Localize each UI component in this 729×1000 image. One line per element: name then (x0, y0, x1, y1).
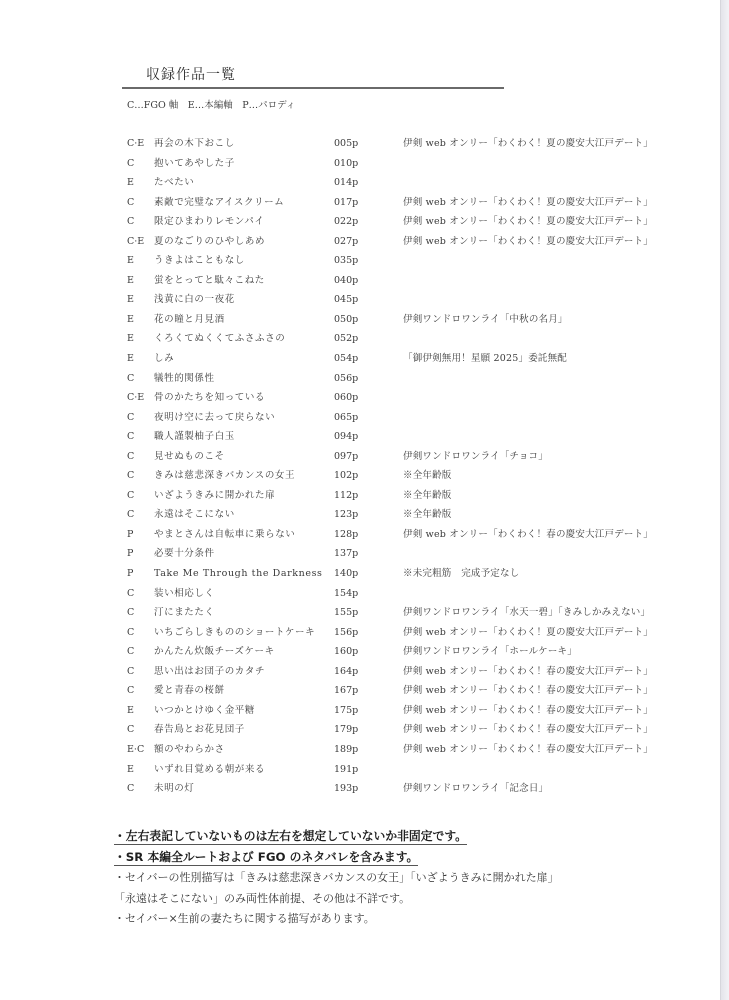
table-row: Pやまとさんは自転車に乗らない128p伊剣 web オンリー「わくわく！春の慶安… (127, 525, 687, 545)
work-category: C (127, 505, 134, 525)
work-category: C (127, 154, 134, 174)
work-page: 140p (334, 564, 358, 584)
work-category: C (127, 623, 134, 643)
table-row: C限定ひまわりレモンパイ022p伊剣 web オンリー「わくわく！夏の慶安大江戸… (127, 212, 687, 232)
work-note: ※全年齢版 (403, 486, 452, 506)
work-category: C (127, 779, 134, 799)
work-title: いちごらしきもののショートケーキ (154, 623, 315, 643)
notes-section: ・左右表記していないものは左右を想定していないか非固定です。 ・SR 本編全ルー… (114, 826, 559, 930)
table-row: Cかんたん炊飯チーズケーキ160p伊剣ワンドロワンライ「ホールケーキ」 (127, 642, 687, 662)
work-note: 伊剣ワンドロワンライ「チョコ」 (403, 447, 548, 467)
work-title: 永遠はそこにない (154, 505, 235, 525)
work-title: いざようきみに開かれた扉 (154, 486, 275, 506)
work-page: 137p (334, 544, 358, 564)
work-title: 限定ひまわりレモンパイ (154, 212, 264, 232)
work-title: 夜明け空に去って戻らない (154, 408, 275, 428)
work-category: E (127, 251, 134, 271)
table-row: C抱いてあやした子010p (127, 154, 687, 174)
work-note: 伊剣 web オンリー「わくわく！春の慶安大江戸デート」 (403, 681, 653, 701)
table-row: C春告鳥とお花見団子179p伊剣 web オンリー「わくわく！春の慶安大江戸デー… (127, 720, 687, 740)
table-row: C装い相応しく154p (127, 584, 687, 604)
table-row: C未明の灯193p伊剣ワンドロワンライ「記念日」 (127, 779, 687, 799)
work-category: C (127, 466, 134, 486)
work-title: うきよはこともなし (154, 251, 245, 271)
work-page: 155p (334, 603, 358, 623)
work-page: 175p (334, 701, 358, 721)
work-title: 未明の灯 (154, 779, 194, 799)
work-category: C (127, 408, 134, 428)
work-page: 060p (334, 388, 358, 408)
work-category: C (127, 369, 134, 389)
work-category: C·E (127, 134, 144, 154)
title-divider (122, 87, 504, 89)
category-legend: C…FGO 軸 E…本編軸 P…パロディ (127, 97, 295, 111)
table-row: P必要十分条件137p (127, 544, 687, 564)
work-title: 再会の木下おこし (154, 134, 235, 154)
work-page: 050p (334, 310, 358, 330)
work-note: ※未完粗筋 完成予定なし (403, 564, 519, 584)
work-page: 094p (334, 427, 358, 447)
work-category: C (127, 193, 134, 213)
table-row: Eうきよはこともなし035p (127, 251, 687, 271)
work-category: C·E (127, 388, 144, 408)
work-note: 伊剣 web オンリー「わくわく！春の慶安大江戸デート」 (403, 701, 653, 721)
work-title: やまとさんは自転車に乗らない (154, 525, 295, 545)
work-page: 052p (334, 329, 358, 349)
work-title: 春告鳥とお花見団子 (154, 720, 245, 740)
work-category: E (127, 349, 134, 369)
note-text: ・左右表記していないものは左右を想定していないか非固定です。 (114, 829, 467, 845)
work-category: E (127, 701, 134, 721)
work-category: C (127, 681, 134, 701)
work-title: 骨のかたちを知っている (154, 388, 265, 408)
work-title: 浅黄に白の一夜花 (154, 290, 235, 310)
work-page: 128p (334, 525, 358, 545)
work-page: 027p (334, 232, 358, 252)
work-page: 010p (334, 154, 358, 174)
work-page: 097p (334, 447, 358, 467)
table-row: C·E再会の木下おこし005p伊剣 web オンリー「わくわく！夏の慶安大江戸デ… (127, 134, 687, 154)
work-note: 伊剣 web オンリー「わくわく！春の慶安大江戸デート」 (403, 720, 653, 740)
work-page: 112p (334, 486, 358, 506)
work-page: 164p (334, 662, 358, 682)
table-row: C愛と青春の桜餅167p伊剣 web オンリー「わくわく！春の慶安大江戸デート」 (127, 681, 687, 701)
work-page: 179p (334, 720, 358, 740)
work-page: 156p (334, 623, 358, 643)
work-note: 「御伊剣無用！星願 2025」委託無配 (403, 349, 567, 369)
work-category: E (127, 290, 134, 310)
work-category: C (127, 584, 134, 604)
work-page: 014p (334, 173, 358, 193)
work-title: 素敵で完璧なアイスクリーム (154, 193, 284, 213)
note-plain: ・セイバー×生前の妻たちに関する描写があります。 (114, 909, 559, 930)
work-category: E (127, 760, 134, 780)
work-title: いつかとけゆく金平糖 (154, 701, 255, 721)
table-row: Cいざようきみに開かれた扉112p※全年齢版 (127, 486, 687, 506)
work-category: P (127, 564, 133, 584)
table-row: E蛍をとってと駄々こねた040p (127, 271, 687, 291)
work-category: E (127, 329, 134, 349)
work-category: P (127, 544, 133, 564)
work-category: E (127, 271, 134, 291)
work-page: 065p (334, 408, 358, 428)
work-category: P (127, 525, 133, 545)
work-title: 思い出はお団子のカタチ (154, 662, 265, 682)
work-title: 職人謹製柚子白玉 (154, 427, 235, 447)
work-note: 伊剣ワンドロワンライ「記念日」 (403, 779, 548, 799)
page-title: 収録作品一覧 (146, 64, 236, 84)
note-plain: 「永遠はそこにない」のみ両性体前提、その他は不詳です。 (114, 889, 559, 910)
work-page: 005p (334, 134, 358, 154)
table-row: E·C額のやわらかさ189p伊剣 web オンリー「わくわく！春の慶安大江戸デー… (127, 740, 687, 760)
work-title: 夏のなごりのひやしあめ (154, 232, 265, 252)
work-category: E·C (127, 740, 144, 760)
work-title: かんたん炊飯チーズケーキ (154, 642, 275, 662)
work-note: 伊剣ワンドロワンライ「ホールケーキ」 (403, 642, 577, 662)
work-page: 022p (334, 212, 358, 232)
table-row: Eたべたい014p (127, 173, 687, 193)
work-category: E (127, 173, 134, 193)
note-text: ・SR 本編全ルートおよび FGO のネタバレを含みます。 (114, 850, 418, 866)
table-row: E花の瞳と月見酒050p伊剣ワンドロワンライ「中秋の名月」 (127, 310, 687, 330)
table-row: C汀にまたたく155p伊剣ワンドロワンライ「水天一碧」「きみしかみえない」 (127, 603, 687, 623)
note-plain: ・セイバーの性別描写は「きみは慈悲深きバカンスの女王」「いざようきみに開かれた扉… (114, 868, 559, 889)
work-page: 045p (334, 290, 358, 310)
work-page: 160p (334, 642, 358, 662)
work-title: 犠牲的関係性 (154, 369, 215, 389)
work-title: 額のやわらかさ (154, 740, 225, 760)
work-category: C (127, 212, 134, 232)
work-note: 伊剣 web オンリー「わくわく！春の慶安大江戸デート」 (403, 525, 653, 545)
work-title: 抱いてあやした子 (154, 154, 235, 174)
work-category: C (127, 720, 134, 740)
work-title: 必要十分条件 (154, 544, 215, 564)
work-title: 装い相応しく (154, 584, 215, 604)
work-title: いずれ目覚める朝が来る (154, 760, 265, 780)
table-row: E浅黄に白の一夜花045p (127, 290, 687, 310)
work-page: 056p (334, 369, 358, 389)
work-title: くろくてぬくくてふさふさの (154, 329, 285, 349)
work-title: 蛍をとってと駄々こねた (154, 271, 265, 291)
work-title: 汀にまたたく (154, 603, 215, 623)
work-title: 愛と青春の桜餅 (154, 681, 225, 701)
work-category: C (127, 603, 134, 623)
page-edge (720, 0, 729, 1000)
table-row: C見せぬものこそ097p伊剣ワンドロワンライ「チョコ」 (127, 447, 687, 467)
table-row: Eくろくてぬくくてふさふさの052p (127, 329, 687, 349)
work-category: C (127, 447, 134, 467)
table-row: Eいつかとけゆく金平糖175p伊剣 web オンリー「わくわく！春の慶安大江戸デ… (127, 701, 687, 721)
work-note: ※全年齢版 (403, 466, 452, 486)
work-note: 伊剣 web オンリー「わくわく！夏の慶安大江戸デート」 (403, 134, 653, 154)
work-page: 054p (334, 349, 358, 369)
work-note: 伊剣 web オンリー「わくわく！春の慶安大江戸デート」 (403, 662, 653, 682)
work-title: Take Me Through the Darkness (154, 564, 323, 584)
work-note: 伊剣 web オンリー「わくわく！夏の慶安大江戸デート」 (403, 232, 653, 252)
work-category: E (127, 310, 134, 330)
work-title: 花の瞳と月見酒 (154, 310, 225, 330)
table-row: C·E骨のかたちを知っている060p (127, 388, 687, 408)
work-page: 191p (334, 760, 358, 780)
work-note: 伊剣ワンドロワンライ「中秋の名月」 (403, 310, 568, 330)
table-row: Eしみ054p「御伊剣無用！星願 2025」委託無配 (127, 349, 687, 369)
work-category: C·E (127, 232, 144, 252)
note-bold: ・SR 本編全ルートおよび FGO のネタバレを含みます。 (114, 847, 559, 868)
work-title: たべたい (154, 173, 194, 193)
note-bold: ・左右表記していないものは左右を想定していないか非固定です。 (114, 826, 559, 847)
work-page: 123p (334, 505, 358, 525)
work-page: 154p (334, 584, 358, 604)
work-note: 伊剣 web オンリー「わくわく！夏の慶安大江戸デート」 (403, 623, 653, 643)
work-note: 伊剣 web オンリー「わくわく！夏の慶安大江戸デート」 (403, 212, 653, 232)
work-category: C (127, 642, 134, 662)
work-page: 035p (334, 251, 358, 271)
table-row: C職人謹製柚子白玉094p (127, 427, 687, 447)
table-row: C·E夏のなごりのひやしあめ027p伊剣 web オンリー「わくわく！夏の慶安大… (127, 232, 687, 252)
table-row: C思い出はお団子のカタチ164p伊剣 web オンリー「わくわく！春の慶安大江戸… (127, 662, 687, 682)
table-row: PTake Me Through the Darkness140p※未完粗筋 完… (127, 564, 687, 584)
table-row: Cいちごらしきもののショートケーキ156p伊剣 web オンリー「わくわく！夏の… (127, 623, 687, 643)
table-row: C犠牲的関係性056p (127, 369, 687, 389)
work-page: 167p (334, 681, 358, 701)
work-note: 伊剣ワンドロワンライ「水天一碧」「きみしかみえない」 (403, 603, 650, 623)
table-row: C永遠はそこにない123p※全年齢版 (127, 505, 687, 525)
work-page: 102p (334, 466, 358, 486)
work-page: 040p (334, 271, 358, 291)
work-note: ※全年齢版 (403, 505, 452, 525)
work-page: 193p (334, 779, 358, 799)
work-page: 189p (334, 740, 358, 760)
work-note: 伊剣 web オンリー「わくわく！春の慶安大江戸デート」 (403, 740, 653, 760)
work-title: きみは慈悲深きバカンスの女王 (154, 466, 295, 486)
work-category: C (127, 662, 134, 682)
work-category: C (127, 427, 134, 447)
work-page: 017p (334, 193, 358, 213)
work-note: 伊剣 web オンリー「わくわく！夏の慶安大江戸デート」 (403, 193, 653, 213)
table-row: Cきみは慈悲深きバカンスの女王102p※全年齢版 (127, 466, 687, 486)
work-category: C (127, 486, 134, 506)
work-title: しみ (154, 349, 174, 369)
table-row: Eいずれ目覚める朝が来る191p (127, 760, 687, 780)
work-title: 見せぬものこそ (154, 447, 225, 467)
table-row: C夜明け空に去って戻らない065p (127, 408, 687, 428)
works-list: C·E再会の木下おこし005p伊剣 web オンリー「わくわく！夏の慶安大江戸デ… (127, 134, 687, 799)
table-row: C素敵で完璧なアイスクリーム017p伊剣 web オンリー「わくわく！夏の慶安大… (127, 193, 687, 213)
